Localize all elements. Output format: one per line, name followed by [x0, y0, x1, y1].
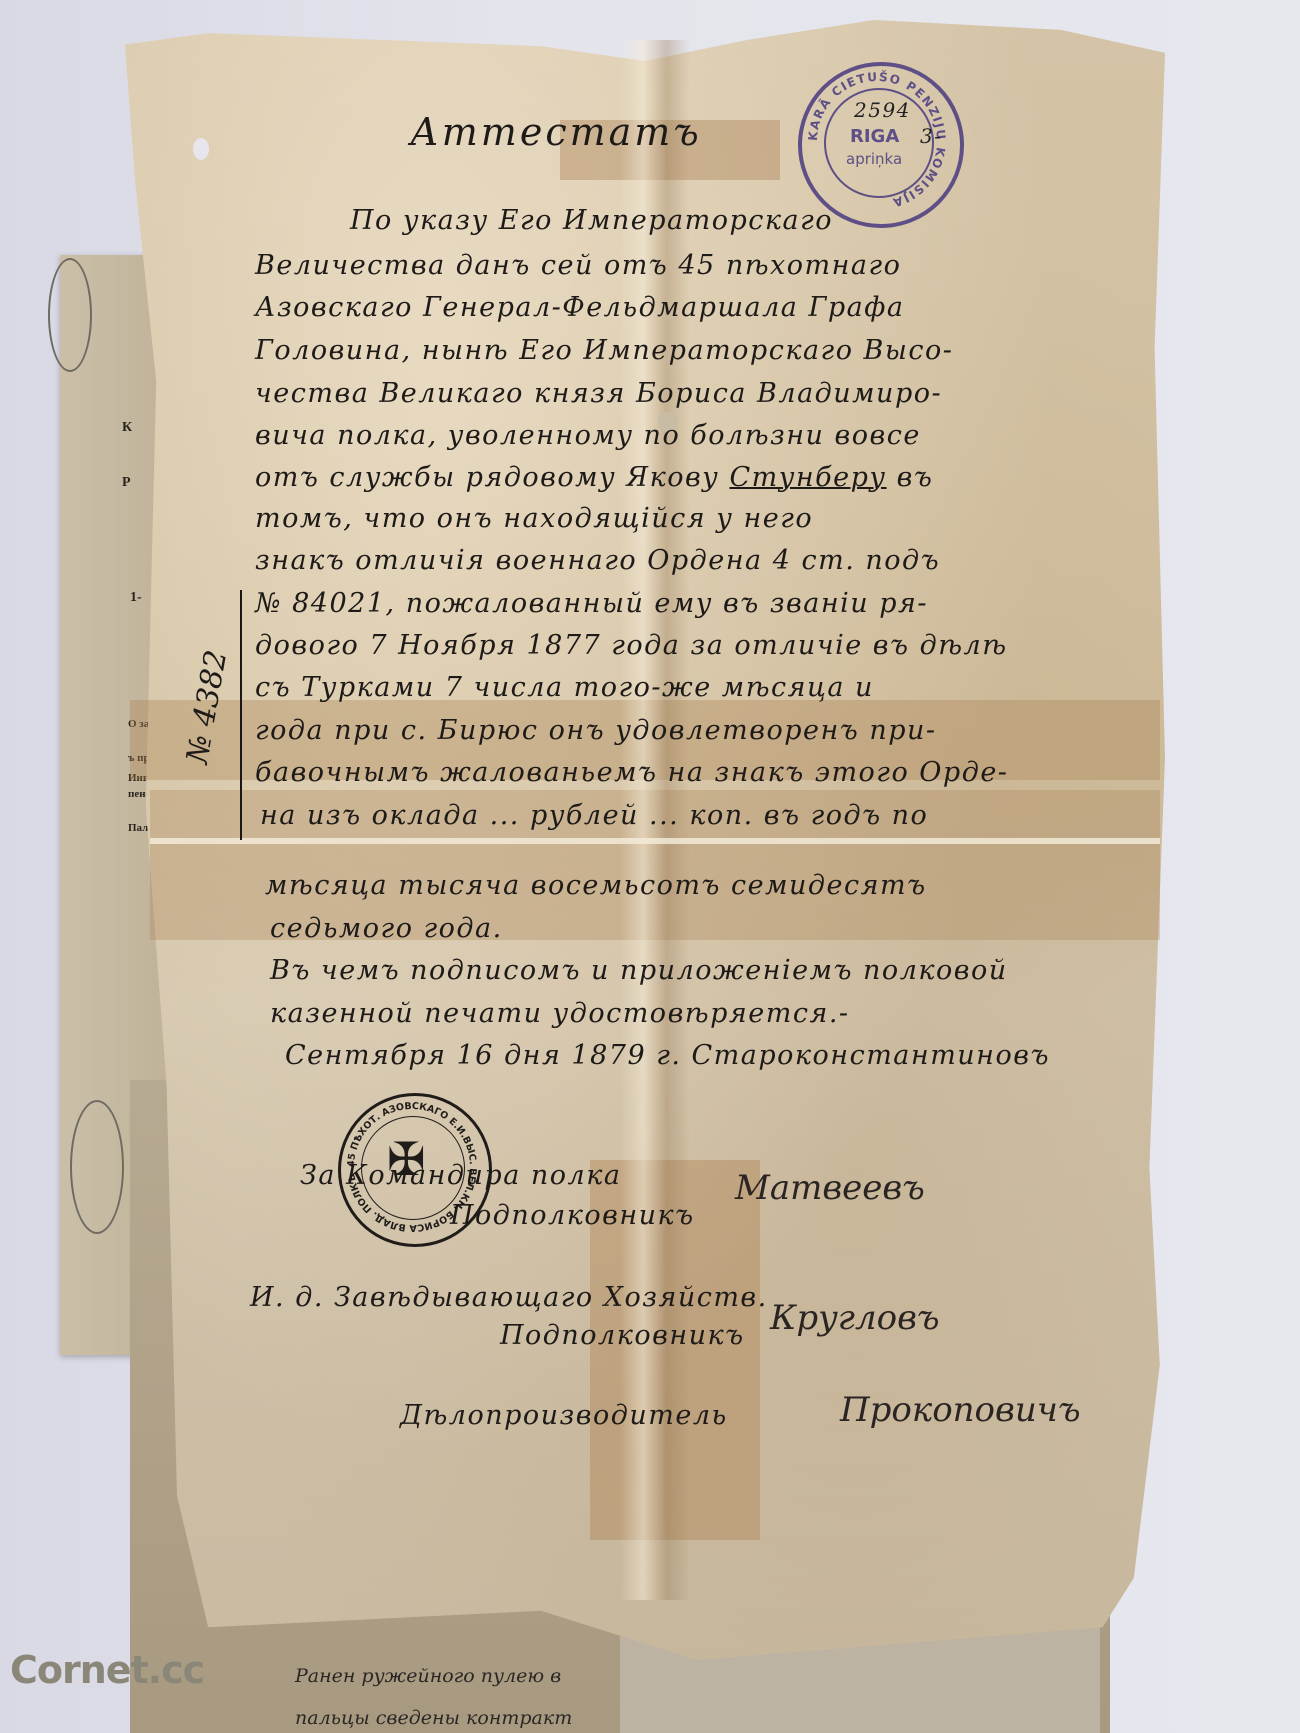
clerk-signature: Прокоповичъ	[840, 1390, 1081, 1430]
body-line-text: отъ службы рядовому Якову	[255, 462, 719, 493]
body-line: Величества данъ сей отъ 45 пѣхотнаго	[255, 250, 901, 281]
back-print-fragment: Р	[122, 475, 131, 491]
stamp-handwritten-note: 3-	[920, 124, 942, 148]
treasurer-signature: Кругловъ	[770, 1298, 940, 1338]
body-line: отъ службы рядовому Якову Стунберу въ	[255, 462, 933, 493]
body-line-ending: въ	[897, 462, 934, 493]
body-line: вича полка, уволенному по болѣзни вовсе	[255, 420, 921, 451]
back-handwriting: Ранен ружейного пулею в	[295, 1665, 561, 1687]
commander-signature: Матвеевъ	[735, 1168, 925, 1208]
body-line: съ Турками 7 числа того-же мѣсяца и	[255, 672, 874, 703]
body-line: казенной печати удостовѣряется.-	[270, 998, 850, 1029]
body-line: чества Великаго князя Бориса Владимиро-	[255, 378, 942, 409]
body-line: дового 7 Ноября 1877 года за отличіе въ …	[255, 630, 1008, 661]
back-print-fragment: 1-	[130, 590, 142, 606]
pension-commission-stamp: KARĀ CIETUŠO PENZIJU KOMISIJA RIGA apriņ…	[798, 62, 964, 228]
back-print-fragment: К	[122, 420, 132, 436]
body-line: бавочнымъ жалованьемъ на знакъ этого Орд…	[255, 757, 1008, 788]
stamp-handwritten-number: 2594	[854, 98, 911, 122]
document-title: Аттестатъ	[410, 110, 702, 154]
treasurer-title: И. д. Завѣдывающаго Хозяйств.	[250, 1282, 768, 1313]
body-line: мѣсяца тысяча восемьсотъ семидесятъ	[265, 870, 927, 901]
body-line: Въ чемъ подписомъ и приложеніемъ полково…	[270, 955, 1008, 986]
watermark: Cornet.cc	[10, 1648, 204, 1692]
stamp-center-city: RIGA	[850, 126, 899, 147]
margin-rule	[240, 590, 242, 840]
soldier-surname: Стунберу	[729, 462, 886, 493]
thread	[70, 1100, 124, 1234]
treasurer-rank: Подполковникъ	[500, 1320, 745, 1351]
body-line: томъ, что онъ находящійся у него	[255, 503, 813, 534]
clerk-title: Дѣлопроизводитель	[400, 1400, 728, 1431]
commander-title: За Командира полка	[300, 1160, 621, 1191]
body-line: года при с. Бирюс онъ удовлетворенъ при-	[255, 715, 937, 746]
body-line: на изъ оклада ... рублей ... коп. въ год…	[260, 800, 928, 831]
paper-hole	[193, 138, 209, 160]
date-place-line: Сентября 16 дня 1879 г. Староконстантино…	[285, 1040, 1050, 1071]
back-handwriting: пальцы сведены контракт	[295, 1707, 572, 1729]
thread	[48, 258, 92, 372]
body-line: № 84021, пожалованный ему въ званіи ря-	[255, 588, 928, 619]
body-line: седьмого года.	[270, 913, 503, 944]
body-line: Азовскаго Генерал-Фельдмаршала Графа	[255, 292, 904, 323]
body-line: знакъ отличія военнаго Ордена 4 ст. подъ	[255, 545, 940, 576]
commander-rank: Подполковникъ	[450, 1200, 695, 1231]
horizontal-fold	[150, 838, 1160, 844]
body-line: Головина, нынѣ Его Императорскаго Высо-	[255, 335, 953, 366]
stamp-center-district: apriņka	[846, 150, 902, 168]
body-line: По указу Его Императорскаго	[350, 205, 833, 236]
